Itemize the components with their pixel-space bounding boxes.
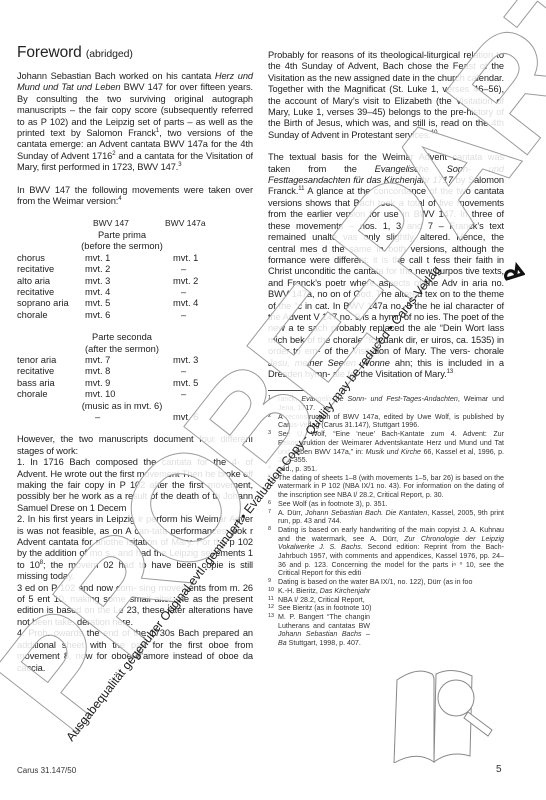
stages-intro: However, the two manuscripts document fo… bbox=[17, 434, 253, 457]
footnote: 10K.-H. Bieritz, Das Kirchenjahr bbox=[268, 587, 504, 596]
footnote: 8Dating is based on early handwriting of… bbox=[268, 526, 504, 578]
title-text: Foreword bbox=[17, 44, 82, 61]
textual-basis-paragraph: The textual basis for the Weimar Advent … bbox=[268, 152, 504, 380]
footnote: 3See U. Wolf, “Eine ‘neue’ Bach-Kantate … bbox=[268, 430, 504, 465]
footnote: 1ranck, Evangelische Sonn- und Fest-Tage… bbox=[268, 395, 504, 412]
footnote: 12See Bieritz (as in footnote 10) bbox=[268, 604, 504, 613]
page-title: Foreword (abridged) bbox=[17, 44, 253, 62]
table-row: recitativemvt. 2– bbox=[17, 264, 225, 275]
magnifier-book-icon bbox=[392, 668, 502, 763]
header-bwv147a: BWV 147a bbox=[165, 218, 225, 229]
table-row: chorusmvt. 1mvt. 1 bbox=[17, 253, 225, 264]
table-header-row: BWV 147 BWV 147a bbox=[17, 218, 225, 229]
movements-intro: In BWV 147 the following movements were … bbox=[17, 185, 253, 208]
footnote: 7A. Dürr, Johann Sebastian Bach. Die Kan… bbox=[268, 509, 504, 526]
table-row: choralemvt. 6– bbox=[17, 310, 225, 321]
stage-3: 3 ed on P 102 and now com- sing movement… bbox=[17, 583, 253, 629]
footnote: 6See Wolf (as in footnote 3), p. 351. bbox=[268, 500, 504, 509]
intro-paragraph: Johann Sebastian Bach worked on his cant… bbox=[17, 71, 253, 174]
footnote: 13M. P. Bangert “The changin Lutherans a… bbox=[268, 613, 370, 648]
part2-subtitle: (after the sermon) bbox=[17, 344, 165, 355]
visitation-paragraph: Probably for reasons of its theological-… bbox=[268, 50, 504, 141]
footnotes: 1ranck, Evangelische Sonn- und Fest-Tage… bbox=[268, 395, 504, 647]
part1-title: Parte prima bbox=[17, 230, 165, 241]
header-bwv147: BWV 147 bbox=[85, 218, 165, 229]
table-row: alto ariamvt. 3mvt. 2 bbox=[17, 276, 225, 287]
part1-subtitle: (before the sermon) bbox=[17, 241, 165, 252]
part2-title: Parte seconda bbox=[17, 332, 165, 343]
table-row: soprano ariamvt. 5mvt. 4 bbox=[17, 298, 225, 309]
catalog-number: Carus 31.147/50 bbox=[17, 766, 76, 775]
footnote: 5The dating of sheets 1–8 (with movement… bbox=[268, 474, 504, 500]
table-row: –mvt. 6 bbox=[17, 412, 225, 423]
document-page: Foreword (abridged) Johann Sebastian Bac… bbox=[0, 0, 546, 800]
right-column: Probably for reasons of its theological-… bbox=[268, 50, 504, 648]
music-note: (music as in mvt. 6) bbox=[17, 401, 165, 412]
table-row: bass ariamvt. 9mvt. 5 bbox=[17, 378, 225, 389]
table-row: tenor ariamvt. 7mvt. 3 bbox=[17, 355, 225, 366]
footnote: 11NBA I/ 28.2, Critical Report, bbox=[268, 596, 504, 605]
stage-4: 4. Prob. owards the end of the 1730s Bac… bbox=[17, 628, 253, 674]
stage-1: 1. In 1716 Bach composed the cantata for… bbox=[17, 457, 253, 514]
carus-logo-icon bbox=[501, 262, 525, 286]
movements-table: BWV 147 BWV 147a Parte prima (before the… bbox=[17, 218, 225, 423]
title-subtitle: (abridged) bbox=[86, 48, 133, 60]
footnote: 4Ibid., p. 351. bbox=[268, 465, 504, 474]
table-row: choralemvt. 10– bbox=[17, 389, 225, 400]
left-column: Foreword (abridged) Johann Sebastian Bac… bbox=[17, 44, 253, 674]
footnote-rule bbox=[268, 390, 304, 391]
table-row: recitativemvt. 8– bbox=[17, 366, 225, 377]
page-number: 5 bbox=[496, 764, 502, 775]
footnote: 2A reconstruction of BWV 147a, edited by… bbox=[268, 413, 504, 430]
footnote: 9Dating is based on the water BA IX/1, n… bbox=[268, 578, 504, 587]
stage-2: 2. In his first years in Leipzig ir perf… bbox=[17, 514, 253, 582]
table-row: recitativemvt. 4– bbox=[17, 287, 225, 298]
